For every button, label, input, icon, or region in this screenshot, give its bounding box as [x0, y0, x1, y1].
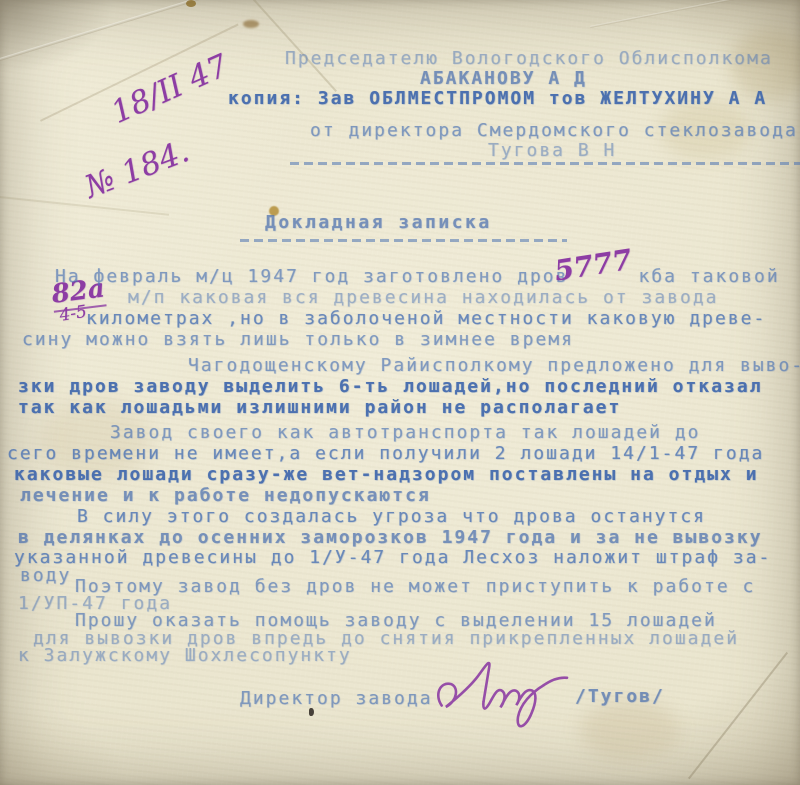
signature-name: /Тугов/: [575, 686, 665, 707]
body-text: кба таковой: [638, 266, 779, 287]
body-line: сего времени не имеет,а если получили 2 …: [7, 443, 764, 464]
body-line: сину можно взять лишь только в зимнее вр…: [22, 329, 574, 350]
header-addressee-name: АБАКАНОВУ А Д: [420, 68, 587, 89]
body-text: На февраль м/ц 1947 год заготовлено дров: [55, 266, 568, 287]
body-line: километрах ,но в заболоченой местности к…: [86, 308, 766, 329]
body-line: каковые лошади сразу-же вет-надзором пос…: [14, 464, 759, 485]
page-title: Докладная записка: [265, 212, 492, 233]
body-line: в делянках до осенних заморозков 1947 го…: [18, 527, 763, 548]
body-line: лечение и к работе недопускаются: [20, 485, 431, 506]
body-line: Чагодощенскому Райисполкому предложено д…: [188, 355, 800, 376]
document-photo: 18/II 47 № 184. Председателю Вологодског…: [0, 0, 800, 785]
body-line: м/п каковая вся древесина находилась от …: [128, 287, 719, 308]
title-underline: [240, 239, 567, 242]
body-line: зки дров заводу выделить 6-ть лошадей,но…: [18, 376, 763, 397]
header-sender: от директора Смердомского стеклозавода: [310, 120, 798, 141]
body-line: На февраль м/ц 1947 год заготовлено дров…: [55, 266, 780, 287]
header-separator: [290, 162, 800, 165]
body-line: воду: [20, 565, 71, 586]
body-line: В силу этого создалась угроза что дрова …: [77, 506, 706, 527]
header-copy-line: копия: Зав ОБЛМЕСТПРОМОМ тов ЖЕЛТУХИНУ А…: [228, 88, 767, 109]
body-line: указанной древесины до 1/У-47 года Лесхо…: [14, 547, 771, 568]
header-sender-name: Тугова В Н: [488, 140, 616, 161]
signature-role: Директор завода: [240, 688, 433, 709]
header-addressee: Председателю Вологодского Облисполкома: [285, 48, 773, 69]
margin-note-pages: 4-5: [58, 302, 88, 326]
body-line: Завод своего как автотранспорта так лоша…: [110, 422, 701, 443]
body-line: Поэтому завод без дров не может приступи…: [75, 576, 755, 597]
body-line: к Залужскому Шохлесопункту: [18, 645, 352, 666]
body-line: так как лошадьми излишними район не расп…: [18, 397, 621, 418]
